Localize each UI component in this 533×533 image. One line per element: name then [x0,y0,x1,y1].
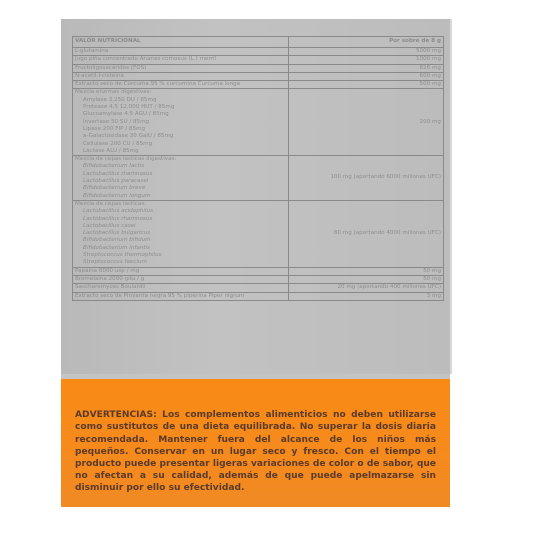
enzyme-item: Lipase 200 FIP / 85mg [75,126,286,133]
table-row: Jugo piña concentrado Ananas comosus (L.… [73,56,444,64]
table-header-row: VALOR NUTRICIONAL Por sobre de 8 g [73,37,444,48]
table-row: Bromelaína 2000 gdu / g 50 mg [73,275,444,283]
row-name: L-glutamina [73,48,289,56]
table-row: Saccharomyces Boulardii 20 mg (aportando… [73,284,444,292]
header-label: VALOR NUTRICIONAL [73,37,289,48]
table-row: Papaína 6000 usp / mg 50 mg [73,267,444,275]
row-value: 826 mg [289,64,444,72]
strain-item: Bifidobacterium longum [75,193,286,200]
row-name: Jugo piña concentrado Ananas comosus (L.… [73,56,289,64]
enzymes-row: Mezcla enzimas digestivas: Amylase 3,250… [73,89,444,156]
row-name: Bromelaína 2000 gdu / g [73,275,289,283]
box-edge [450,19,452,374]
nutrition-table: VALOR NUTRICIONAL Por sobre de 8 g L-glu… [72,36,444,301]
table-row: L-glutamina 5000 mg [73,48,444,56]
strain-item: Streptococcus thermophilus [75,252,286,259]
strain-item: Lactobacillus paracasei [75,178,286,185]
row-value: 500 mg [289,81,444,89]
strain-item: Lactobacillus bulgaricus [75,230,286,237]
strain-item: Bifidobacterium infantis [75,245,286,252]
strain-item: Lactobacillus rhamnosus [75,171,286,178]
strain-item: Lactobacillus rhamnosus [75,216,286,223]
enzyme-item: Lactase ALU / 85mg [75,148,286,155]
row-name: Saccharomyces Boulardii [73,284,289,292]
strain-item: Bifidobacterium lactis [75,163,286,170]
digestive-lactic-row: Mezcla de cepas lácticas digestivas: Bif… [73,156,444,201]
table-row: N-acetil-l-cisteina 600 mg [73,72,444,80]
row-name: Extracto seco de Cúrcuma 95 % curcumina … [73,81,289,89]
header-serving: Por sobre de 8 g [289,37,444,48]
row-value: 3 mg [289,292,444,300]
digestive-lactic-value: 100 mg (aportando 6000 millones UFC) [289,156,444,201]
strain-item: Lactobacillus acidophilus [75,208,286,215]
row-value: 600 mg [289,72,444,80]
enzymes-cell: Mezcla enzimas digestivas: Amylase 3,250… [73,89,289,156]
enzymes-value: 200 mg [289,89,444,156]
table-row: Extracto seco de Pimienta negra 95 % pip… [73,292,444,300]
strain-item: Lactobacillus casei [75,223,286,230]
enzyme-item: Glucoamylase 4.5 AGU / 85mg [75,111,286,118]
row-value: 1000 mg [289,56,444,64]
enzyme-item: Cellulase 200 CU / 85mg [75,141,286,148]
row-name: Extracto seco de Pimienta negra 95 % pip… [73,292,289,300]
digestive-lactic-title: Mezcla de cepas lácticas digestivas: [75,156,176,162]
enzyme-item: Amylase 3,250 DU / 85mg [75,97,286,104]
enzyme-item: Invertase 50 SU / 85mg [75,119,286,126]
row-value: 50 mg [289,267,444,275]
warning-label: ADVERTENCIAS: [75,410,157,420]
row-value: 50 mg [289,275,444,283]
row-name: N-acetil-l-cisteina [73,72,289,80]
lactic-cell: Mezcla de cepas lácticas: Lactobacillus … [73,200,289,267]
strain-item: Bifidobacterium bifidum [75,237,286,244]
strain-item: Bifidobacterium breve [75,185,286,192]
lactic-value: 80 mg (aportando 4000 millones UFC) [289,200,444,267]
enzyme-item: Protease 4.5 12,000 HUT / 85mg [75,104,286,111]
warning-body: Los complementos alimenticios no deben u… [75,410,436,493]
warning-text: ADVERTENCIAS: Los complementos alimentic… [75,409,436,494]
lactic-title: Mezcla de cepas lácticas: [75,201,146,207]
lactic-row: Mezcla de cepas lácticas: Lactobacillus … [73,200,444,267]
table-row: Extracto seco de Cúrcuma 95 % curcumina … [73,81,444,89]
row-name: Fructoligosacáridos (FOS) [73,64,289,72]
row-name: Papaína 6000 usp / mg [73,267,289,275]
digestive-lactic-cell: Mezcla de cepas lácticas digestivas: Bif… [73,156,289,201]
strain-item: Streptococcus faecium [75,259,286,266]
row-value: 20 mg (aportando 400 millones UFC) [289,284,444,292]
row-value: 5000 mg [289,48,444,56]
enzyme-item: a-Galactosidase 30 GalU / 85mg [75,133,286,140]
table-row: Fructoligosacáridos (FOS) 826 mg [73,64,444,72]
enzymes-title: Mezcla enzimas digestivas: [75,89,151,95]
